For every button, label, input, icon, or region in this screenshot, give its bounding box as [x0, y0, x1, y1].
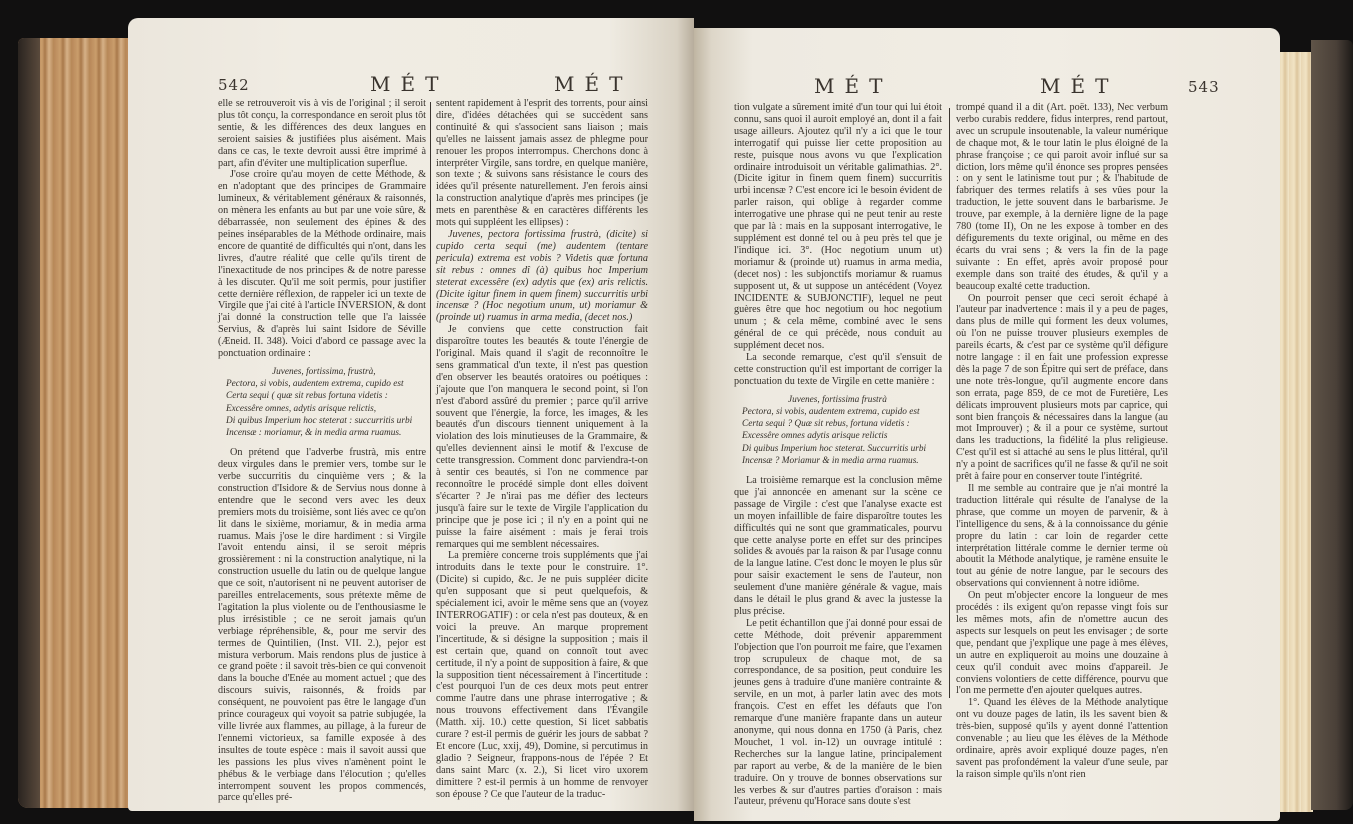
- paragraph: tion vulgate a sûrement imité d'un tour …: [734, 102, 942, 352]
- verse-line: Incensæ ? Moriamur & in media arma ruamu…: [742, 455, 942, 467]
- column-divider: [949, 108, 950, 698]
- running-head-left-col1: MÉT: [370, 72, 448, 96]
- verse-line: Certa sequi ( quæ sit rebus fortuna vide…: [226, 390, 426, 402]
- left-page-edges: [18, 38, 130, 808]
- paragraph: Juvenes, pectora fortissima frustrà, (di…: [436, 229, 648, 324]
- verse-line: Pectora, si vobis, audentem extrema, cup…: [742, 406, 942, 418]
- book-cover-right: [1311, 40, 1353, 810]
- paragraph: 1°. Quand les élèves de la Méthode analy…: [956, 697, 1168, 780]
- paragraph: elle se retrouveroit vis à vis de l'orig…: [218, 98, 426, 169]
- verse-line: Excessêre omnes, adytis arisque relictis…: [226, 403, 426, 415]
- paragraph: On pourroit penser que ceci seroit échap…: [956, 293, 1168, 484]
- latin-verse-quote: Juvenes, fortissima, frustrà, Pectora, s…: [218, 366, 426, 439]
- paragraph: La première concerne trois suppléments q…: [436, 550, 648, 800]
- verse-line: Juvenes, fortissima frustrà: [742, 394, 942, 406]
- paragraph: La troisième remarque est la conclusion …: [734, 475, 942, 618]
- verse-line: Pectora, si vobis, audentem extrema, cup…: [226, 378, 426, 390]
- running-head-left-col2: MÉT: [554, 72, 632, 96]
- left-page: 542 MÉT MÉT elle se retrouveroit vis à v…: [128, 18, 694, 811]
- column-divider: [430, 102, 431, 692]
- paragraph: Le petit échantillon que j'ai donné pour…: [734, 618, 942, 809]
- verse-line: Certa sequi ? Quæ sit rebus, fortuna vid…: [742, 418, 942, 430]
- verse-line: Excessêre omnes adytis arisque relictis: [742, 430, 942, 442]
- paragraph: On prétend que l'adverbe frustrà, mis en…: [218, 447, 426, 804]
- right-page-column-2: trompé quand il a dit (Art. poët. 133), …: [956, 102, 1168, 781]
- latin-verse-quote: Juvenes, fortissima frustrà Pectora, si …: [734, 394, 942, 467]
- verse-line: Incensæ : moriamur, & in media arma ruam…: [226, 427, 426, 439]
- right-page: MÉT MÉT 543 tion vulgate a sûrement imit…: [694, 28, 1280, 821]
- paragraph: Il me semble au contraire que je n'ai mo…: [956, 483, 1168, 590]
- paragraph: Je conviens que cette construction fait …: [436, 324, 648, 550]
- open-book-spread: 542 MÉT MÉT elle se retrouveroit vis à v…: [0, 0, 1353, 824]
- left-page-column-2: sentent rapidement à l'esprit des torren…: [436, 98, 648, 800]
- page-number-left: 542: [218, 76, 250, 94]
- right-page-column-1: tion vulgate a sûrement imité d'un tour …: [734, 102, 942, 808]
- paragraph: sentent rapidement à l'esprit des torren…: [436, 98, 648, 229]
- paragraph: trompé quand il a dit (Art. poët. 133), …: [956, 102, 1168, 293]
- page-number-right: 543: [1188, 78, 1220, 96]
- running-head-right-col1: MÉT: [814, 74, 892, 98]
- paragraph: On peut m'objecter encore la longueur de…: [956, 590, 1168, 697]
- paragraph: J'ose croire qu'au moyen de cette Méthod…: [218, 169, 426, 360]
- left-page-column-1: elle se retrouveroit vis à vis de l'orig…: [218, 98, 426, 804]
- paragraph: La seconde remarque, c'est qu'il s'ensui…: [734, 352, 942, 388]
- verse-line: Di quibus Imperium hoc steterat. Succurr…: [742, 443, 942, 455]
- running-head-right-col2: MÉT: [1040, 74, 1118, 98]
- verse-line: Juvenes, fortissima, frustrà,: [226, 366, 426, 378]
- verse-line: Di quibus Imperium hoc steterat : succur…: [226, 415, 426, 427]
